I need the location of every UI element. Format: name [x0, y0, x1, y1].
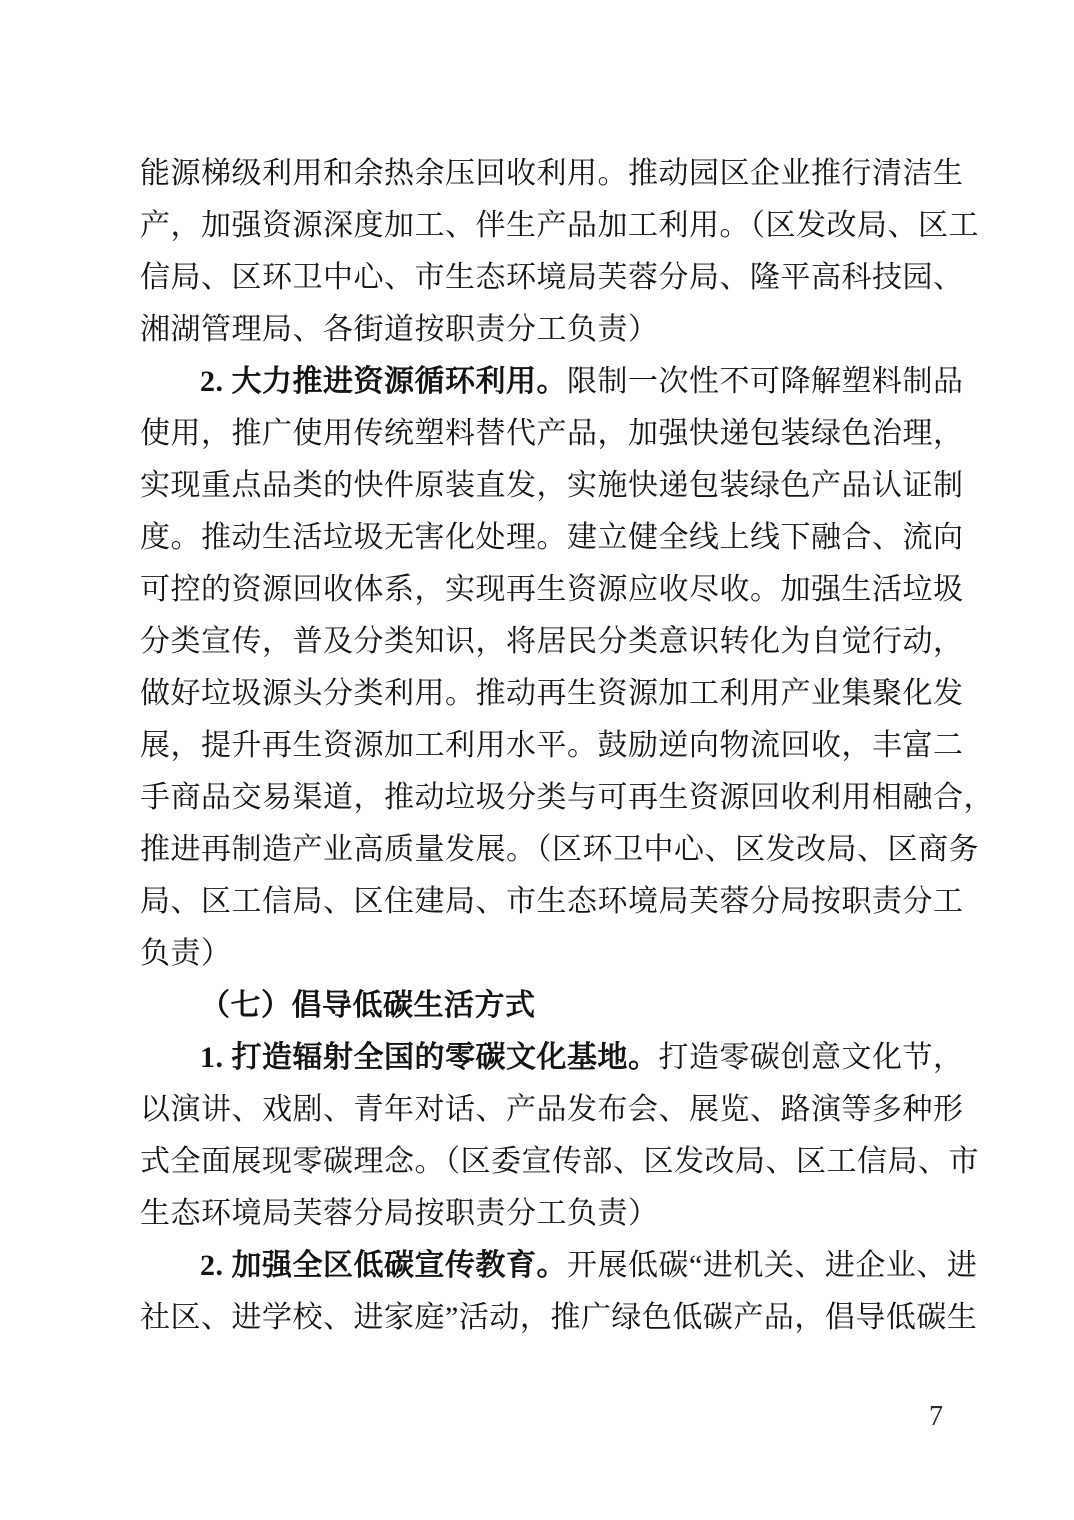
text-line: 做好垃圾源头分类利用。推动再生资源加工利用产业集聚化发	[140, 668, 936, 720]
text-run: 限制一次性不可降解塑料制品	[567, 365, 964, 398]
text-line: 局、区工信局、区住建局、市生态环境局芙蓉分局按职责分工	[140, 876, 936, 928]
text-run: 负责）	[140, 937, 232, 970]
text-line: 生态环境局芙蓉分局按职责分工负责）	[140, 1188, 936, 1240]
text-line: 产，加强资源深度加工、伴生产品加工利用。（区发改局、区工	[140, 200, 936, 252]
text-line: 展，提升再生资源加工利用水平。鼓励逆向物流回收，丰富二	[140, 720, 936, 772]
text-run: 度。推动生活垃圾无害化处理。建立健全线上线下融合、流向	[140, 521, 964, 554]
text-line: 湘湖管理局、各街道按职责分工负责）	[140, 304, 936, 356]
text-run: 可控的资源回收体系，实现再生资源应收尽收。加强生活垃圾	[140, 573, 964, 606]
text-run: 产，加强资源深度加工、伴生产品加工利用。（区发改局、区工	[140, 209, 979, 242]
text-run: 分类宣传，普及分类知识，将居民分类意识转化为自觉行动，	[140, 625, 964, 658]
text-run: 使用，推广使用传统塑料替代产品，加强快递包装绿色治理，	[140, 417, 964, 450]
text-run: 手商品交易渠道，推动垃圾分类与可再生资源回收利用相融合，	[140, 781, 994, 814]
text-run: 实现重点品类的快件原装直发，实施快递包装绿色产品认证制	[140, 469, 964, 502]
bold-text-run: （七）倡导低碳生活方式	[200, 989, 536, 1022]
text-run: 开展低碳“进机关、进企业、进	[567, 1249, 977, 1282]
text-run: 能源梯级利用和余热余压回收利用。推动园区企业推行清洁生	[140, 157, 964, 190]
text-line: 负责）	[140, 928, 936, 980]
text-line: 可控的资源回收体系，实现再生资源应收尽收。加强生活垃圾	[140, 564, 936, 616]
bold-text-run: 1. 打造辐射全国的零碳文化基地。	[200, 1041, 659, 1074]
text-line: 推进再制造产业高质量发展。（区环卫中心、区发改局、区商务	[140, 824, 936, 876]
text-line: 社区、进学校、进家庭”活动，推广绿色低碳产品，倡导低碳生	[140, 1292, 936, 1344]
text-line: 能源梯级利用和余热余压回收利用。推动园区企业推行清洁生	[140, 148, 936, 200]
text-line: 2. 加强全区低碳宣传教育。开展低碳“进机关、进企业、进	[140, 1240, 936, 1292]
text-run: 式全面展现零碳理念。（区委宣传部、区发改局、区工信局、市	[140, 1145, 979, 1178]
text-run: 信局、区环卫中心、市生态环境局芙蓉分局、隆平高科技园、	[140, 261, 964, 294]
text-line: 1. 打造辐射全国的零碳文化基地。打造零碳创意文化节，	[140, 1032, 936, 1084]
text-run: 以演讲、戏剧、青年对话、产品发布会、展览、路演等多种形	[140, 1093, 964, 1126]
document-page: { "page": { "number": "7", "lines": [ { …	[0, 0, 1074, 1520]
text-line: 手商品交易渠道，推动垃圾分类与可再生资源回收利用相融合，	[140, 772, 936, 824]
text-run: 社区、进学校、进家庭”活动，推广绿色低碳产品，倡导低碳生	[140, 1301, 977, 1334]
text-line: 度。推动生活垃圾无害化处理。建立健全线上线下融合、流向	[140, 512, 936, 564]
text-run: 湘湖管理局、各街道按职责分工负责）	[140, 313, 659, 346]
page-number: 7	[916, 1400, 956, 1434]
text-line: 式全面展现零碳理念。（区委宣传部、区发改局、区工信局、市	[140, 1136, 936, 1188]
text-run: 推进再制造产业高质量发展。（区环卫中心、区发改局、区商务	[140, 833, 979, 866]
text-line: 以演讲、戏剧、青年对话、产品发布会、展览、路演等多种形	[140, 1084, 936, 1136]
text-run: 展，提升再生资源加工利用水平。鼓励逆向物流回收，丰富二	[140, 729, 964, 762]
document-body: 能源梯级利用和余热余压回收利用。推动园区企业推行清洁生产，加强资源深度加工、伴生…	[140, 148, 936, 1344]
text-line: 信局、区环卫中心、市生态环境局芙蓉分局、隆平高科技园、	[140, 252, 936, 304]
bold-text-run: 2. 加强全区低碳宣传教育。	[200, 1249, 567, 1282]
text-line: （七）倡导低碳生活方式	[140, 980, 936, 1032]
text-run: 打造零碳创意文化节，	[659, 1041, 964, 1074]
text-run: 生态环境局芙蓉分局按职责分工负责）	[140, 1197, 659, 1230]
text-line: 分类宣传，普及分类知识，将居民分类意识转化为自觉行动，	[140, 616, 936, 668]
text-run: 做好垃圾源头分类利用。推动再生资源加工利用产业集聚化发	[140, 677, 964, 710]
text-run: 局、区工信局、区住建局、市生态环境局芙蓉分局按职责分工	[140, 885, 964, 918]
text-line: 使用，推广使用传统塑料替代产品，加强快递包装绿色治理，	[140, 408, 936, 460]
text-line: 2. 大力推进资源循环利用。限制一次性不可降解塑料制品	[140, 356, 936, 408]
text-line: 实现重点品类的快件原装直发，实施快递包装绿色产品认证制	[140, 460, 936, 512]
bold-text-run: 2. 大力推进资源循环利用。	[200, 365, 567, 398]
